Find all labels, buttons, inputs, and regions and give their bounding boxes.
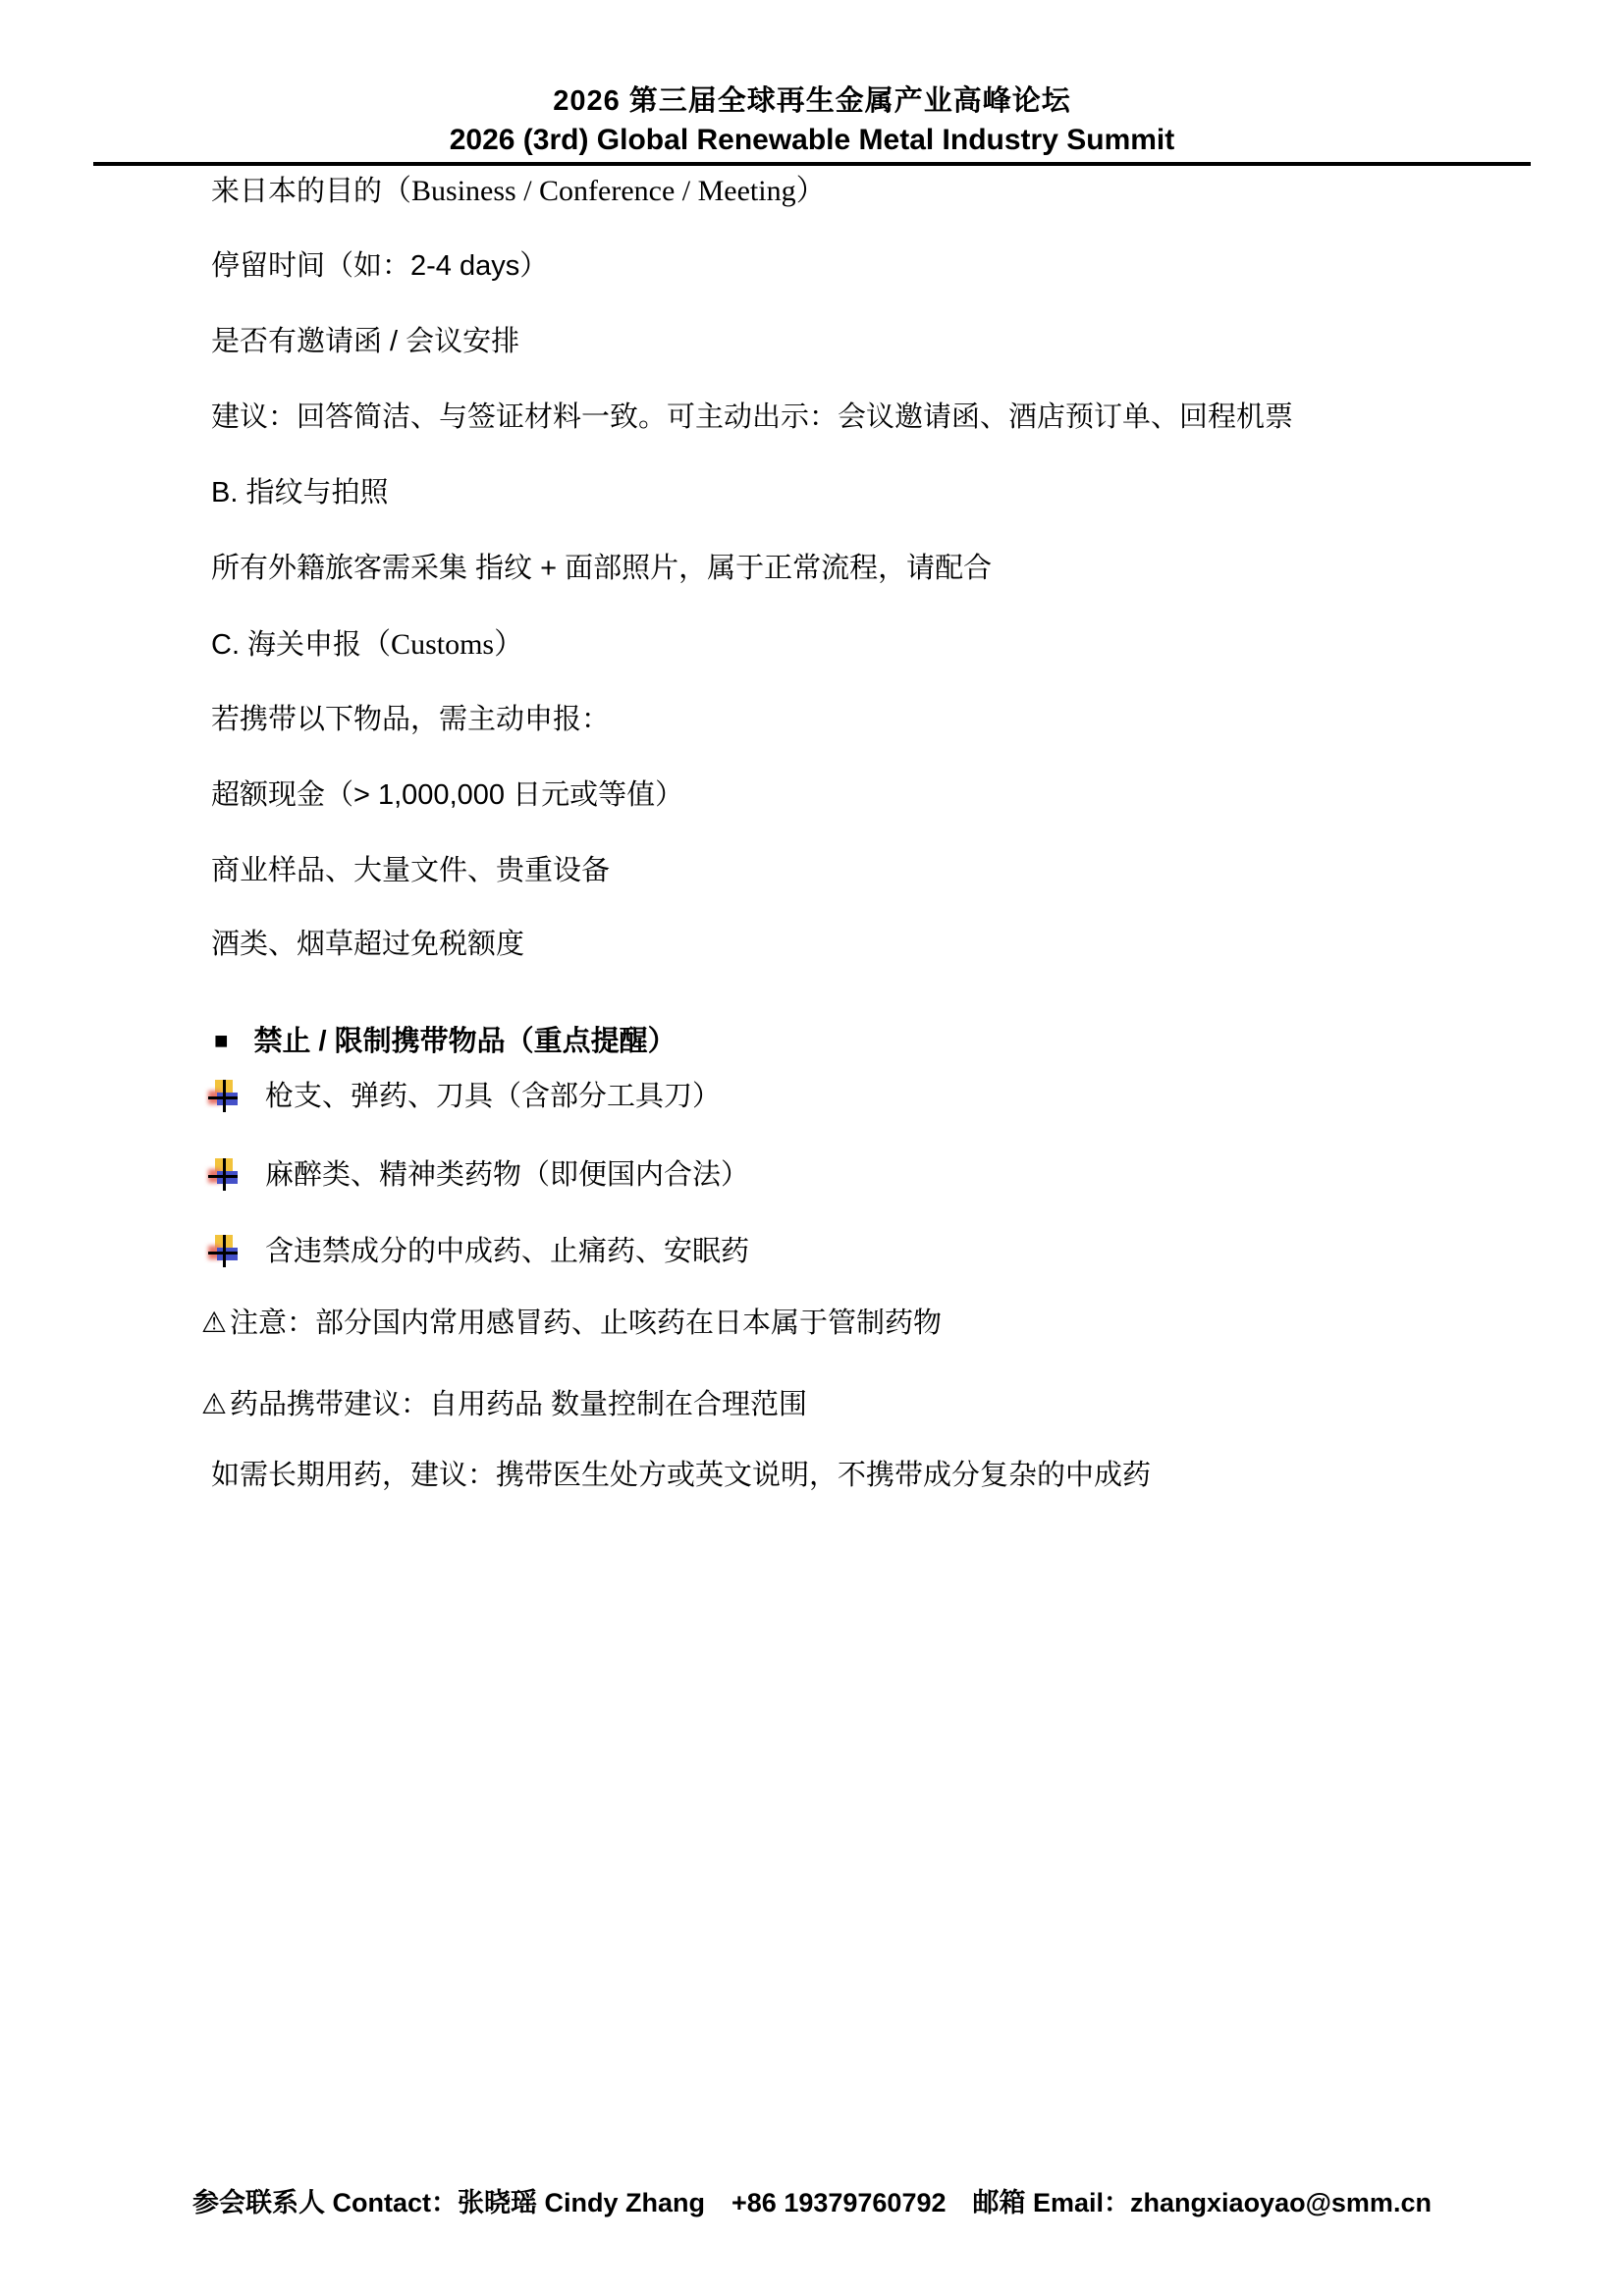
line-stay-duration: 停留时间（如：2-4 days）: [211, 248, 548, 284]
line-advice: 建议：回答简洁、与签证材料一致。可主动出示：会议邀请函、酒店预订单、回程机票: [211, 400, 1293, 435]
black-square-bullet-icon: ■: [214, 1030, 229, 1053]
section-c-title: C. 海关申报（Customs）: [211, 626, 523, 664]
summit-title-en: 2026 (3rd) Global Renewable Metal Indust…: [0, 124, 1624, 157]
warning-triangle-icon: ⚠: [201, 1308, 227, 1339]
document-page: 2026 第三届全球再生金属产业高峰论坛 2026 (3rd) Global R…: [0, 0, 1624, 2296]
prohibited-item: 枪支、弹药、刀具（含部分工具刀）: [208, 1078, 721, 1114]
prohibited-item: 含违禁成分的中成药、止痛药、安眠药: [208, 1233, 749, 1269]
declare-item-alcohol: 酒类、烟草超过免税额度: [211, 927, 524, 962]
prohibited-heading: ■ 禁止 / 限制携带物品（重点提醒）: [214, 1024, 677, 1059]
prohibited-item-label: 枪支、弹药、刀具（含部分工具刀）: [265, 1078, 721, 1114]
warning-note-text: 注意：部分国内常用感冒药、止咳药在日本属于管制药物: [230, 1308, 942, 1339]
prohibited-heading-label: 禁止 / 限制携带物品（重点提醒）: [254, 1024, 677, 1059]
purpose-text-zh: 来日本的目的: [211, 176, 382, 207]
line-invitation: 是否有邀请函 / 会议安排: [211, 324, 519, 359]
colored-plus-bullet-icon: [208, 1235, 238, 1267]
line-longterm-note: 如需长期用药，建议：携带医生处方或英文说明，不携带成分复杂的中成药: [211, 1458, 1151, 1493]
warning-triangle-icon: ⚠: [201, 1389, 227, 1420]
prohibited-item-label: 麻醉类、精神类药物（即便国内合法）: [265, 1156, 749, 1193]
declare-item-cash: 超额现金（> 1,000,000 日元或等值）: [211, 777, 683, 813]
line-purpose: 来日本的目的（Business / Conference / Meeting）: [211, 173, 826, 210]
prohibited-item-label: 含违禁成分的中成药、止痛药、安眠药: [265, 1233, 749, 1269]
header-rule: [93, 162, 1531, 166]
purpose-text-en: （Business / Conference / Meeting）: [382, 175, 826, 207]
line-warning-advice: ⚠药品携带建议：自用药品 数量控制在合理范围: [201, 1387, 807, 1422]
declare-item-samples: 商业样品、大量文件、贵重设备: [211, 853, 610, 888]
section-c-text-en: （Customs）: [361, 628, 523, 661]
summit-title-zh: 2026 第三届全球再生金属产业高峰论坛: [0, 79, 1624, 119]
section-c-text-zh: C. 海关申报: [211, 629, 361, 661]
prohibited-item: 麻醉类、精神类药物（即便国内合法）: [208, 1156, 749, 1193]
section-b-title: B. 指纹与拍照: [211, 475, 388, 510]
colored-plus-bullet-icon: [208, 1080, 238, 1112]
line-declare-intro: 若携带以下物品，需主动申报：: [211, 702, 610, 737]
line-warning-note: ⚠注意：部分国内常用感冒药、止咳药在日本属于管制药物: [201, 1306, 942, 1341]
colored-plus-bullet-icon: [208, 1158, 238, 1191]
line-fingerprint-note: 所有外籍旅客需采集 指纹 + 面部照片，属于正常流程，请配合: [211, 551, 992, 586]
warning-advice-text: 药品携带建议：自用药品 数量控制在合理范围: [230, 1389, 807, 1420]
footer-contact: 参会联系人 Contact：张晓瑶 Cindy Zhang +86 193797…: [0, 2181, 1624, 2219]
